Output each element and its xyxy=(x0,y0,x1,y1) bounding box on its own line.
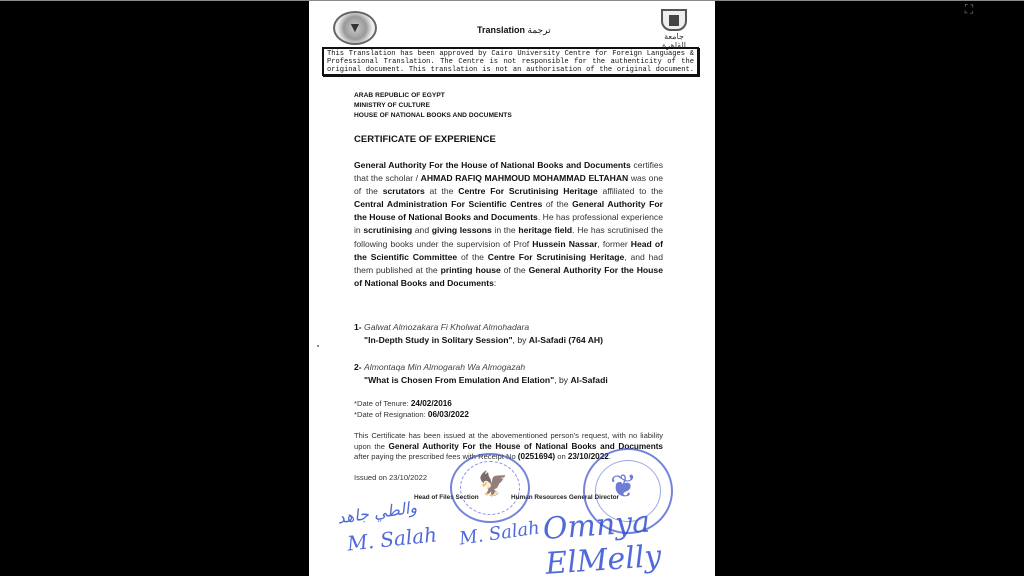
text-run: of the xyxy=(461,252,484,262)
text-run: *Date of Tenure: xyxy=(354,399,409,408)
text-run: : xyxy=(494,278,496,288)
book-item-2: 2- Almontaqa Min Almogarah Wa Almogazah … xyxy=(354,362,608,385)
translation-title-en: Translation xyxy=(477,25,525,35)
cairo-university-logo: جامعة القاهرة xyxy=(659,9,689,41)
signature-hr-director: Omnya ElMelly xyxy=(542,500,715,576)
exit-fullscreen-icon[interactable]: ⛶ xyxy=(962,2,976,16)
eagle-emblem-icon: 🦅 xyxy=(478,473,508,497)
cairo-university-centre-logo xyxy=(333,11,377,45)
text-run: scrutators xyxy=(383,186,425,196)
text-run: General Authority For the House of Natio… xyxy=(354,160,631,170)
translation-title-ar: ترجمة xyxy=(528,25,551,35)
text-run: at the xyxy=(430,186,454,196)
text-run: 2- xyxy=(354,362,362,372)
book-1-author: Al-Safadi (764 AH) xyxy=(529,335,603,345)
text-run: 1- xyxy=(354,322,362,332)
translation-title: Translation ترجمة xyxy=(477,25,551,36)
text-run: scrutinising xyxy=(363,225,412,235)
resignation-date: 06/03/2022 xyxy=(428,410,469,419)
signature-middle: M. Salah xyxy=(458,517,541,549)
text-run: affiliated to the xyxy=(603,186,664,196)
text-run: giving lessons xyxy=(432,225,492,235)
text-run: and xyxy=(415,225,429,235)
text-run: of the xyxy=(504,265,526,275)
book-1-english-title: "In-Depth Study in Solitary Session" xyxy=(364,335,513,345)
text-run: , by xyxy=(513,335,527,345)
text-run: printing house xyxy=(441,265,501,275)
text-run: Central Administration For Scientific Ce… xyxy=(354,199,542,209)
issuer-line-house: HOUSE OF NATIONAL BOOKS AND DOCUMENTS xyxy=(354,112,512,119)
translation-disclaimer-box: This Translation has been approved by Ca… xyxy=(322,47,699,76)
scholar-name: AHMAD RAFIQ MAHMOUD MOHAMMAD ELTAHAN xyxy=(421,173,629,183)
text-run: , former xyxy=(597,239,627,249)
signature-head-of-files: M. Salah xyxy=(346,522,438,555)
certificate-body: General Authority For the House of Natio… xyxy=(354,159,663,290)
book-1-transliterated-title: Galwat Almozakara Fi Kholwat Almohadara xyxy=(364,322,529,332)
certificate-title: CERTIFICATE OF EXPERIENCE xyxy=(354,134,496,145)
scan-artifact xyxy=(317,345,319,347)
tulip-emblem-icon: ❦ xyxy=(610,470,637,502)
issuer-line-ministry: MINISTRY OF CULTURE xyxy=(354,102,430,109)
tenure-date: 24/02/2016 xyxy=(411,399,452,408)
document-page: Translation ترجمة جامعة القاهرة This Tra… xyxy=(309,1,715,576)
text-run: Centre For Scrutinising Heritage xyxy=(458,186,597,196)
text-run: "What is Chosen From Emulation And Elati… xyxy=(354,375,608,385)
book-item-1: 1- Galwat Almozakara Fi Kholwat Almohada… xyxy=(354,322,603,345)
text-run: heritage field xyxy=(518,225,572,235)
text-run: in the xyxy=(494,225,515,235)
book-2-transliterated-title: Almontaqa Min Almogarah Wa Almogazah xyxy=(364,362,525,372)
text-run: *Date of Resignation: xyxy=(354,410,426,419)
university-shield-icon xyxy=(661,9,687,31)
text-run: Centre For Scrutinising Heritage xyxy=(488,252,625,262)
employment-dates: *Date of Tenure: 24/02/2016 *Date of Res… xyxy=(354,398,469,420)
text-run: "In-Depth Study in Solitary Session", by… xyxy=(354,335,603,345)
signature-arabic: والطي جاهد xyxy=(336,498,418,528)
resignation-date-row: *Date of Resignation: 06/03/2022 xyxy=(354,409,469,420)
tenure-date-row: *Date of Tenure: 24/02/2016 xyxy=(354,398,469,409)
issuer-line-country: ARAB REPUBLIC OF EGYPT xyxy=(354,92,445,99)
text-run: , by xyxy=(554,375,568,385)
issued-on-date: Issued on 23/10/2022 xyxy=(354,473,427,482)
book-2-english-title: "What is Chosen From Emulation And Elati… xyxy=(364,375,554,385)
text-run: on xyxy=(557,452,565,461)
text-run: of the xyxy=(546,199,569,209)
receipt-number: (0251694) xyxy=(518,452,555,461)
egypt-eagle-stamp: 🦅 xyxy=(450,453,530,523)
supervisor-name: Hussein Nassar xyxy=(532,239,597,249)
book-2-author: Al-Safadi xyxy=(570,375,607,385)
